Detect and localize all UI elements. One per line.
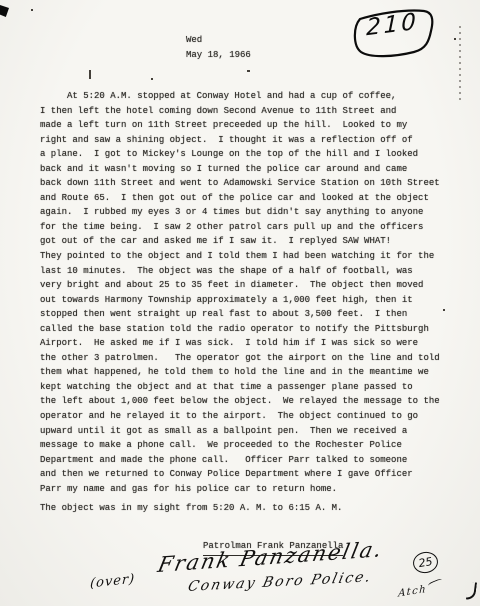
edge-bleed-marks <box>459 26 461 102</box>
ink-speck <box>89 70 91 79</box>
pen-squiggle <box>428 578 443 589</box>
attachment-circle-number: 25 <box>411 550 439 575</box>
scanned-document-page: 210 Wed May 18, 1966 At 5:20 A.M. stoppe… <box>0 0 480 606</box>
report-body-text: At 5:20 A.M. stopped at Conway Hotel and… <box>40 89 440 496</box>
report-date: May 18, 1966 <box>186 48 251 63</box>
attachment-note-text: Atch <box>398 584 427 600</box>
ink-speck <box>31 9 33 11</box>
attachment-note: Atch <box>398 579 442 599</box>
ink-speck <box>443 309 445 311</box>
over-note: (over) <box>90 572 136 592</box>
ink-speck <box>151 78 153 80</box>
scan-corner-mark <box>0 5 9 17</box>
ink-speck <box>454 38 456 40</box>
ink-speck <box>247 70 250 72</box>
report-day: Wed <box>186 33 202 48</box>
sight-duration-line: The object was in my sight from 5:20 A. … <box>40 501 342 516</box>
pen-mark <box>466 582 477 601</box>
